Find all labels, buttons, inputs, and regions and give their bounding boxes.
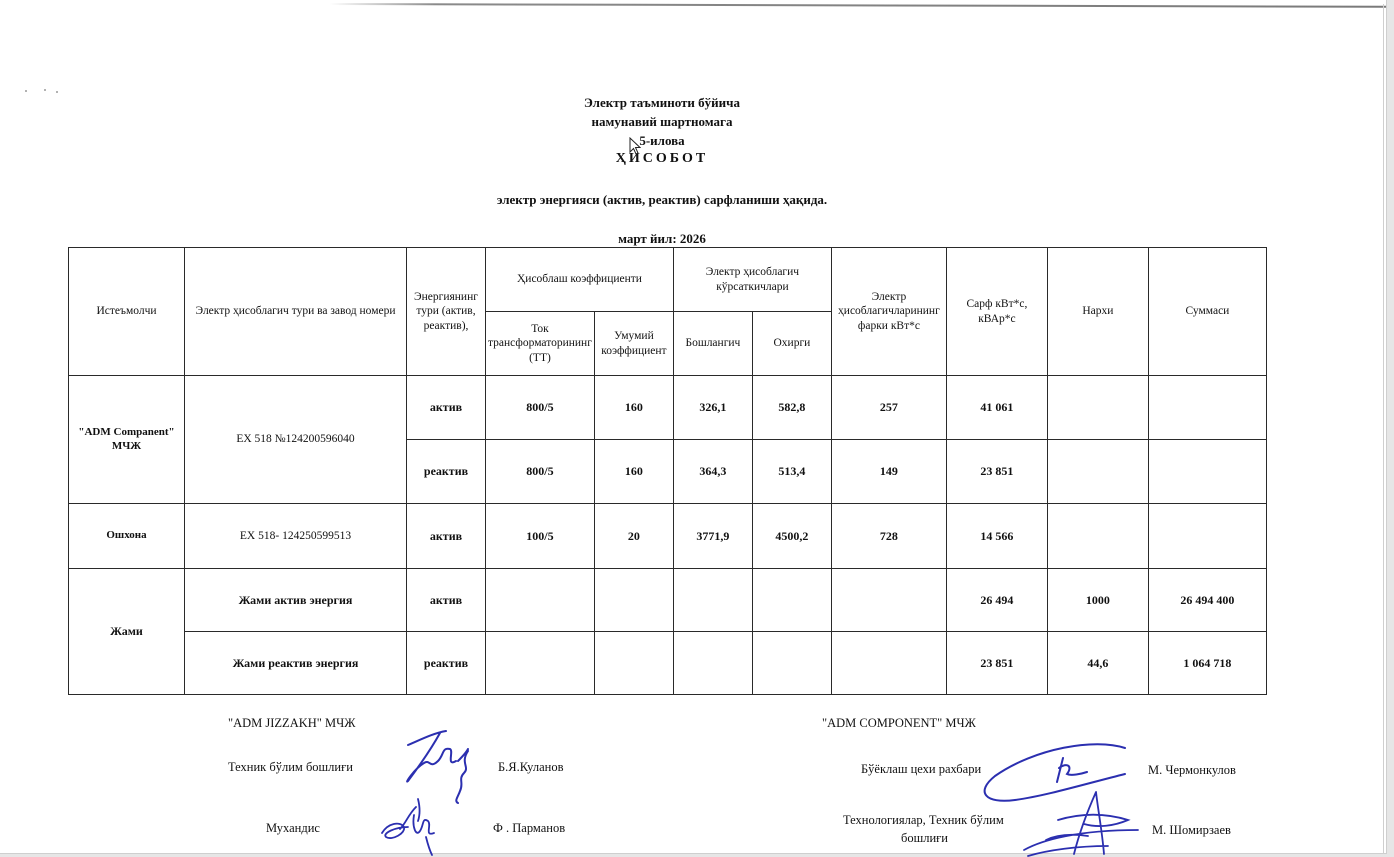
- total-coefficient: 160: [594, 376, 673, 440]
- col-header-start: Бошлангич: [673, 312, 752, 376]
- col-header-energy-type: Энергиянинг тури (актив, реактив),: [407, 248, 486, 376]
- col-header-consumption: Сарф кВт*с, кВАр*с: [946, 248, 1047, 376]
- col-header-price: Нархи: [1047, 248, 1148, 376]
- difference: 728: [831, 504, 946, 569]
- right-signer-name: М. Шомирзаев: [1152, 823, 1231, 838]
- amount: [1148, 440, 1266, 504]
- energy-type: актив: [407, 504, 486, 569]
- energy-type: реактив: [407, 632, 486, 695]
- empty-cell: [831, 632, 946, 695]
- document-subtitle: электр энергияси (актив, реактив) сарфла…: [0, 192, 1324, 208]
- tt-ratio: 800/5: [486, 376, 595, 440]
- total-row-label: Жами актив энергия: [185, 569, 407, 632]
- signature-parmanov-icon: [378, 797, 448, 857]
- end-reading: 4500,2: [752, 504, 831, 569]
- consumption: 23 851: [946, 440, 1047, 504]
- total-consumption: 26 494: [946, 569, 1047, 632]
- meter-id: EX 518- 124250599513: [185, 504, 407, 569]
- mouse-cursor-icon: [629, 137, 641, 155]
- start-reading: 3771,9: [673, 504, 752, 569]
- empty-cell: [673, 632, 752, 695]
- total-coefficient: 160: [594, 440, 673, 504]
- meter-id: EX 518 №124200596040: [185, 376, 407, 504]
- scan-speck: [44, 89, 46, 91]
- empty-cell: [486, 569, 595, 632]
- difference: 149: [831, 440, 946, 504]
- empty-cell: [752, 569, 831, 632]
- col-header-consumer: Истеъмолчи: [69, 248, 185, 376]
- signature-shomirzaev-icon: [1018, 790, 1148, 857]
- scan-speck: [25, 90, 27, 92]
- consumer-name: Ошхона: [69, 504, 185, 569]
- total-amount: 26 494 400: [1148, 569, 1266, 632]
- col-header-coefficient-group: Ҳисоблаш коэффициенти: [486, 248, 674, 312]
- price: [1047, 376, 1148, 440]
- energy-type: актив: [407, 376, 486, 440]
- scan-edge-right: [1383, 4, 1384, 853]
- right-signer-role-line2: бошлиғи: [901, 831, 948, 846]
- table-row: "ADM Companent" МЧЖ EX 518 №124200596040…: [69, 376, 1267, 440]
- amount: [1148, 376, 1266, 440]
- empty-cell: [594, 632, 673, 695]
- energy-type: реактив: [407, 440, 486, 504]
- col-header-amount: Суммаси: [1148, 248, 1266, 376]
- header-row-1: Истеъмолчи Электр ҳисоблагич тури ва зав…: [69, 248, 1267, 312]
- col-header-end: Охирги: [752, 312, 831, 376]
- document-page: Электр таъминоти бўйича намунавий шартно…: [0, 0, 1387, 854]
- left-signer-role: Мухандис: [266, 821, 320, 836]
- header-appendix: 5-илова: [0, 133, 1324, 149]
- col-header-total-coefficient: Умумий коэффициент: [594, 312, 673, 376]
- totals-label: Жами: [69, 569, 185, 695]
- col-header-tt: Ток трансформаторининг (ТТ): [486, 312, 595, 376]
- tt-ratio: 100/5: [486, 504, 595, 569]
- empty-cell: [594, 569, 673, 632]
- totals-row: Жами Жами актив энергия актив 26 494 100…: [69, 569, 1267, 632]
- consumer-name: "ADM Companent" МЧЖ: [69, 376, 185, 504]
- col-header-readings-group: Электр ҳисоблагич кўрсаткичлари: [673, 248, 831, 312]
- empty-cell: [486, 632, 595, 695]
- scan-speck: [56, 91, 58, 93]
- right-signer-role-line1: Технологиялар, Техник бўлим: [843, 813, 1004, 828]
- consumption: 14 566: [946, 504, 1047, 569]
- col-header-difference: Электр ҳисоблагичларининг фарки кВт*с: [831, 248, 946, 376]
- price: [1047, 440, 1148, 504]
- consumption: 41 061: [946, 376, 1047, 440]
- tt-ratio: 800/5: [486, 440, 595, 504]
- end-reading: 582,8: [752, 376, 831, 440]
- energy-type: актив: [407, 569, 486, 632]
- total-row-label: Жами реактив энергия: [185, 632, 407, 695]
- start-reading: 326,1: [673, 376, 752, 440]
- right-signer-name: М. Чермонкулов: [1148, 763, 1236, 778]
- total-coefficient: 20: [594, 504, 673, 569]
- header-line-1: Электр таъминоти бўйича: [0, 95, 1324, 111]
- end-reading: 513,4: [752, 440, 831, 504]
- amount: [1148, 504, 1266, 569]
- right-signer-role: Бўёклаш цехи рахбари: [861, 762, 981, 777]
- total-amount: 1 064 718: [1148, 632, 1266, 695]
- total-price: 1000: [1047, 569, 1148, 632]
- right-company-name: "ADM COMPONENT" МЧЖ: [822, 716, 976, 731]
- left-signer-role: Техник бўлим бошлиғи: [228, 760, 353, 775]
- empty-cell: [831, 569, 946, 632]
- left-signer-name: Б.Я.Куланов: [498, 760, 564, 775]
- col-header-meter: Электр ҳисоблагич тури ва завод номери: [185, 248, 407, 376]
- total-consumption: 23 851: [946, 632, 1047, 695]
- header-line-2: намунавий шартномага: [0, 114, 1324, 130]
- difference: 257: [831, 376, 946, 440]
- report-period: март йил: 2026: [0, 231, 1324, 247]
- start-reading: 364,3: [673, 440, 752, 504]
- document-title: ҲИСОБОТ: [0, 151, 1324, 167]
- energy-report-table: Истеъмолчи Электр ҳисоблагич тури ва зав…: [68, 247, 1267, 695]
- price: [1047, 504, 1148, 569]
- total-price: 44,6: [1047, 632, 1148, 695]
- scan-edge-top: [330, 3, 1386, 8]
- empty-cell: [673, 569, 752, 632]
- empty-cell: [752, 632, 831, 695]
- table-row: Ошхона EX 518- 124250599513 актив 100/5 …: [69, 504, 1267, 569]
- left-company-name: "ADM JIZZAKH" МЧЖ: [228, 716, 355, 731]
- totals-row: Жами реактив энергия реактив 23 851 44,6…: [69, 632, 1267, 695]
- left-signer-name: Ф . Парманов: [493, 821, 565, 836]
- signature-kulanov-icon: [400, 727, 490, 807]
